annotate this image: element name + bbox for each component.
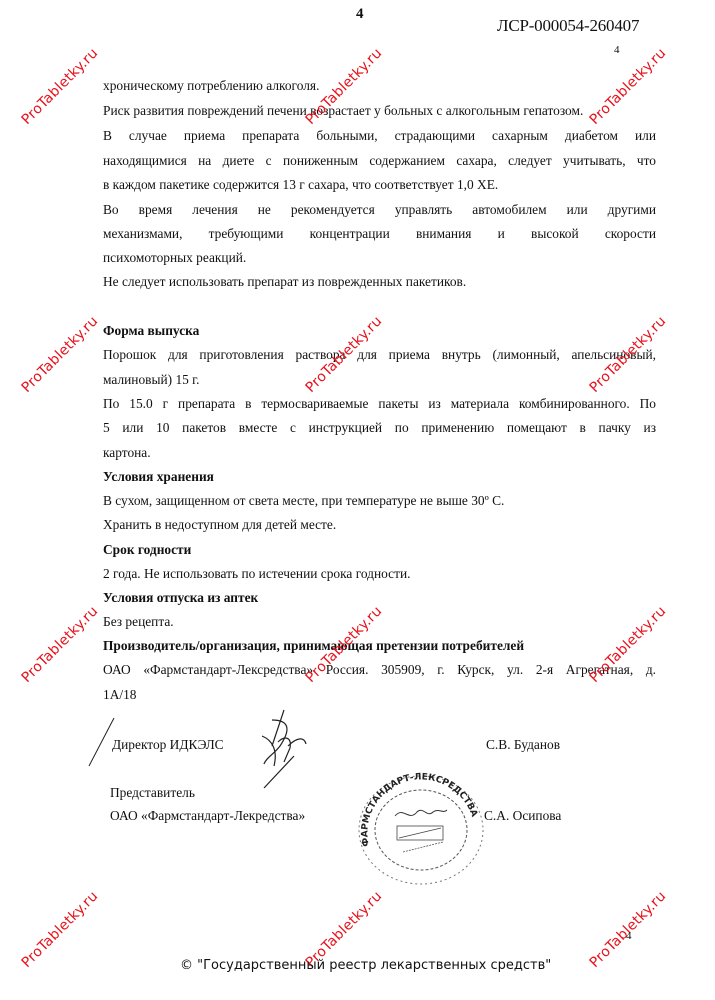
footer-copyright: © "Государственный реестр лекарственных … [180,958,551,973]
watermark: ProTabletky.ru [19,603,102,686]
body-line: 2 года. Не использовать по истечении сро… [103,566,410,582]
body-line: Порошок для приготовления раствора для п… [103,347,656,363]
representative-title: Представитель [110,785,195,801]
body-line: картона. [103,445,151,461]
watermark: ProTabletky.ru [19,313,102,396]
body-line: 5 или 10 пакетов вместе с инструкцией по… [103,420,656,436]
small-page-number: 4 [614,44,620,56]
director-title: Директор ИДКЭЛС [112,737,224,753]
director-name: С.В. Буданов [486,737,560,753]
watermark: ProTabletky.ru [587,45,670,128]
body-line: ОАО «Фармстандарт-Лексредства» Россия. 3… [103,662,656,678]
company-stamp-icon: ФАРМСТАНДАРТ-ЛЕКСРЕДСТВА [347,768,495,886]
section-heading-manufacturer: Производитель/организация, принимающая п… [103,638,524,654]
svg-text:ФАРМСТАНДАРТ-ЛЕКСРЕДСТВА: ФАРМСТАНДАРТ-ЛЕКСРЕДСТВА [360,772,479,847]
body-line: механизмами, требующими концентрации вни… [103,226,656,242]
body-line: В случае приема препарата больными, стра… [103,128,656,144]
body-line: хроническому потреблению алкоголя. [103,78,319,94]
body-line: В сухом, защищенном от света месте, при … [103,493,504,509]
section-heading-release-form: Форма выпуска [103,323,199,339]
section-heading-shelf-life: Срок годности [103,542,191,558]
footer-page-mark: 4 [626,930,632,942]
watermark: ProTabletky.ru [19,45,102,128]
body-line: в каждом пакетике содержится 13 г сахара… [103,177,498,193]
section-heading-dispensing: Условия отпуска из аптек [103,590,258,606]
body-line: Хранить в недоступном для детей месте. [103,517,336,533]
body-line: Не следует использовать препарат из повр… [103,274,466,290]
body-line: По 15.0 г препарата в термосвариваемые п… [103,396,656,412]
representative-name: С.А. Осипова [484,808,561,824]
section-heading-storage: Условия хранения [103,469,214,485]
representative-organization: ОАО «Фармстандарт-Лекредства» [110,808,305,824]
body-line: малиновый) 15 г. [103,372,200,388]
document-id: ЛСР-000054-260407 [497,16,639,36]
watermark: ProTabletky.ru [19,888,102,971]
page-number: 4 [356,6,364,23]
director-signature [244,706,314,790]
body-line: Риск развития повреждений печени возраст… [103,103,583,119]
body-line: Во время лечения не рекомендуется управл… [103,202,656,218]
body-line: 1А/18 [103,687,136,703]
body-line: находящимися на диете с пониженным содер… [103,153,656,169]
body-line: психомоторных реакций. [103,250,246,266]
body-line: Без рецепта. [103,614,174,630]
